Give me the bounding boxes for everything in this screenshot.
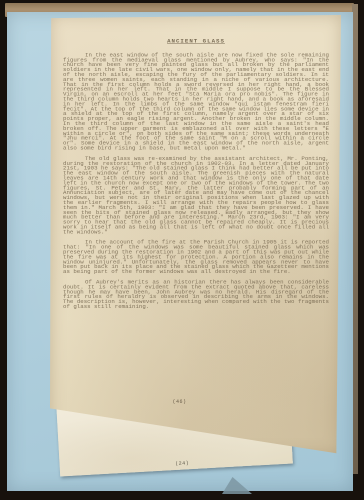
scanned-album-page: (24) ANCIENT GLASS In the east window of… — [0, 0, 364, 500]
typed-paragraph: In the east window of the south aisle ar… — [63, 53, 329, 151]
typed-text-block: ANCIENT GLASS In the east window of the … — [63, 39, 329, 315]
typed-paragraph: In the account of the fire at the Parish… — [63, 240, 329, 274]
document-title: ANCIENT GLASS — [63, 39, 329, 44]
typed-sheet: ANCIENT GLASS In the east window of the … — [50, 15, 341, 455]
typed-paragraphs: In the east window of the south aisle ar… — [63, 53, 329, 310]
typed-paragraph: Of Aubrey's merits as an historian there… — [63, 280, 329, 309]
typed-paragraph: The old glass was re-examined by the ass… — [63, 156, 329, 234]
typed-page-number: (46) — [34, 399, 325, 405]
